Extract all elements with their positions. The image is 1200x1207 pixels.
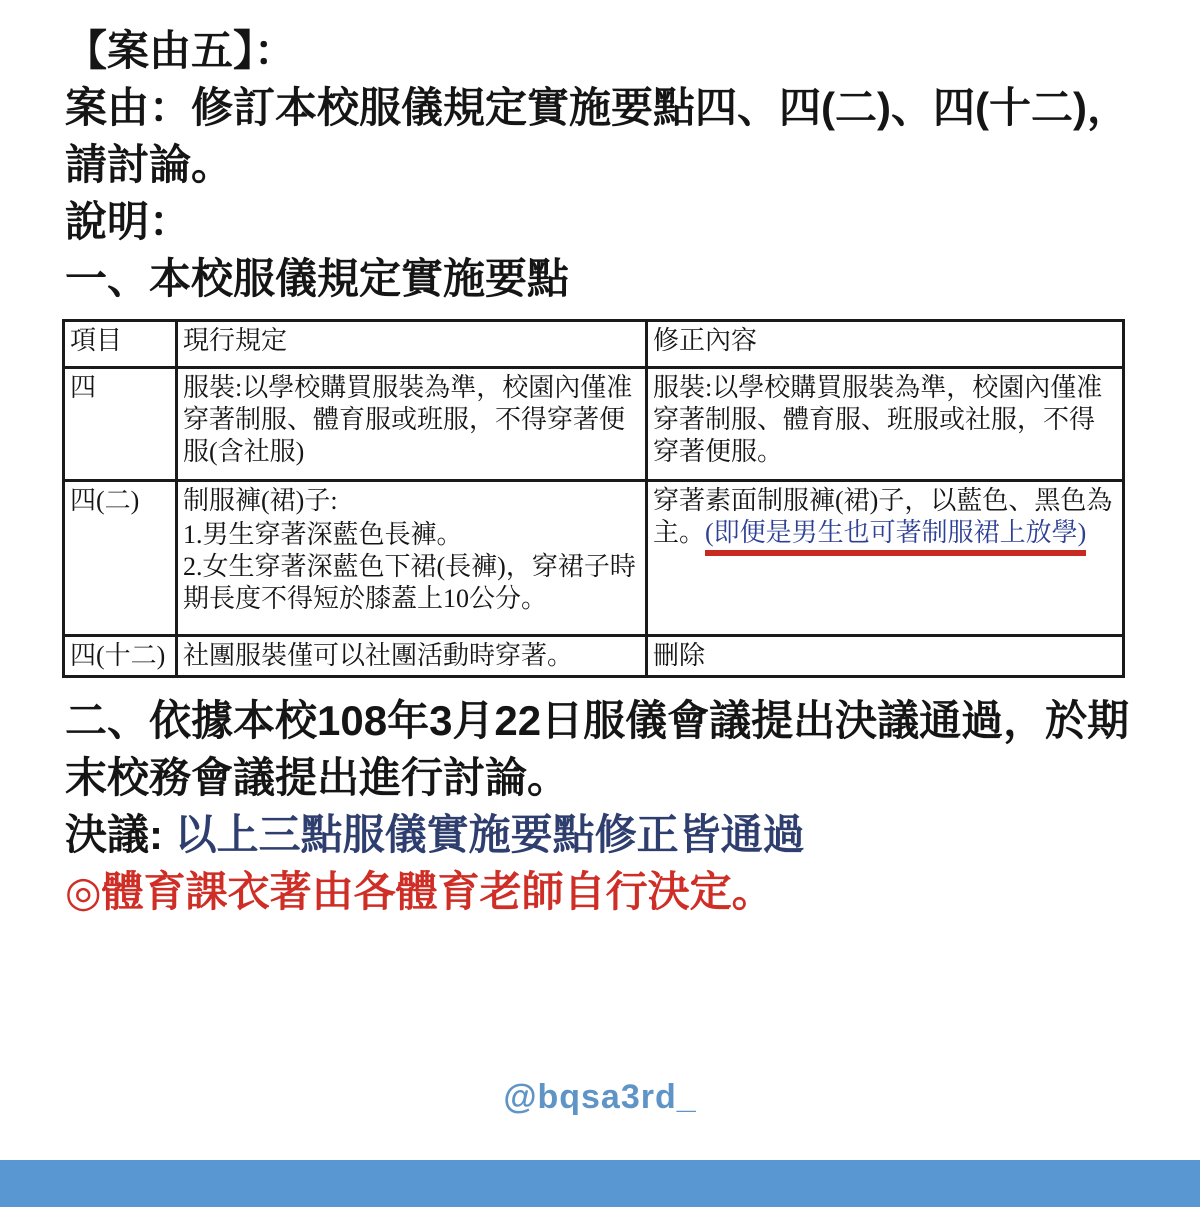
header-revised-content: 修正內容 xyxy=(647,321,1124,368)
row2-revised-highlighted-note: (即便是男生也可著制服裙上放學) xyxy=(705,518,1086,556)
row2-item: 四(二) xyxy=(64,481,177,636)
document-content: 【案由五】： 案由：修訂本校服儀規定實施要點四、四(二)、四(十二)，請討論。 … xyxy=(65,22,1165,920)
watermark-handle: @bqsa3rd_ xyxy=(0,1078,1200,1117)
regulations-table: 項目 現行規定 修正內容 四 服裝:以學校購買服裝為準，校園內僅准穿著制服、體育… xyxy=(62,319,1125,678)
resolution-line: 決議: 以上三點服儀實施要點修正皆通過 xyxy=(65,806,1165,863)
row3-item: 四(十二) xyxy=(64,636,177,677)
table-row: 四(二) 制服褲(裙)子: 1.男生穿著深藍色長褲。 2.女生穿著深藍色下裙(長… xyxy=(64,481,1124,636)
table-header-row: 項目 現行規定 修正內容 xyxy=(64,321,1124,368)
row1-revised: 服裝:以學校購買服裝為準，校園內僅准穿著制服、體育服、班服或社服，不得穿著便服。 xyxy=(647,368,1124,481)
header-item: 項目 xyxy=(64,321,177,368)
row3-current: 社團服裝僅可以社團活動時穿著。 xyxy=(177,636,647,677)
table-row: 四 服裝:以學校購買服裝為準，校園內僅准穿著制服、體育服或班服，不得穿著便服(含… xyxy=(64,368,1124,481)
row3-revised: 刪除 xyxy=(647,636,1124,677)
case-description: 案由：修訂本校服儀規定實施要點四、四(二)、四(十二)，請討論。 xyxy=(65,79,1165,193)
row1-item: 四 xyxy=(64,368,177,481)
header-current-rule: 現行規定 xyxy=(177,321,647,368)
resolution-text: 以上三點服儀實施要點修正皆通過 xyxy=(175,811,805,858)
row2-current-title: 制服褲(裙)子: xyxy=(183,485,640,517)
pe-class-note: ◎體育課衣著由各體育老師自行決定。 xyxy=(65,863,1165,920)
document-page: 【案由五】： 案由：修訂本校服儀規定實施要點四、四(二)、四(十二)，請討論。 … xyxy=(0,0,1200,1207)
resolution-label: 決議: xyxy=(65,811,175,858)
row2-current: 制服褲(裙)子: 1.男生穿著深藍色長褲。 2.女生穿著深藍色下裙(長褲)，穿裙… xyxy=(177,481,647,636)
row2-current-item1: 1.男生穿著深藍色長褲。 xyxy=(183,519,640,551)
explanation-label: 說明： xyxy=(65,193,1165,250)
row2-current-item2: 2.女生穿著深藍色下裙(長褲)，穿裙子時期長度不得短於膝蓋上10公分。 xyxy=(183,551,640,615)
footer-accent-bar xyxy=(0,1160,1200,1207)
table-row: 四(十二) 社團服裝僅可以社團活動時穿著。 刪除 xyxy=(64,636,1124,677)
case-number-title: 【案由五】： xyxy=(65,22,1165,79)
section2-text: 二、依據本校108年3月22日服儀會議提出決議通過，於期末校務會議提出進行討論。 xyxy=(65,692,1165,806)
row1-current: 服裝:以學校購買服裝為準，校園內僅准穿著制服、體育服或班服，不得穿著便服(含社服… xyxy=(177,368,647,481)
section1-heading: 一、本校服儀規定實施要點 xyxy=(65,250,1165,307)
row2-revised: 穿著素面制服褲(裙)子，以藍色、黑色為主。(即便是男生也可著制服裙上放學) xyxy=(647,481,1124,636)
